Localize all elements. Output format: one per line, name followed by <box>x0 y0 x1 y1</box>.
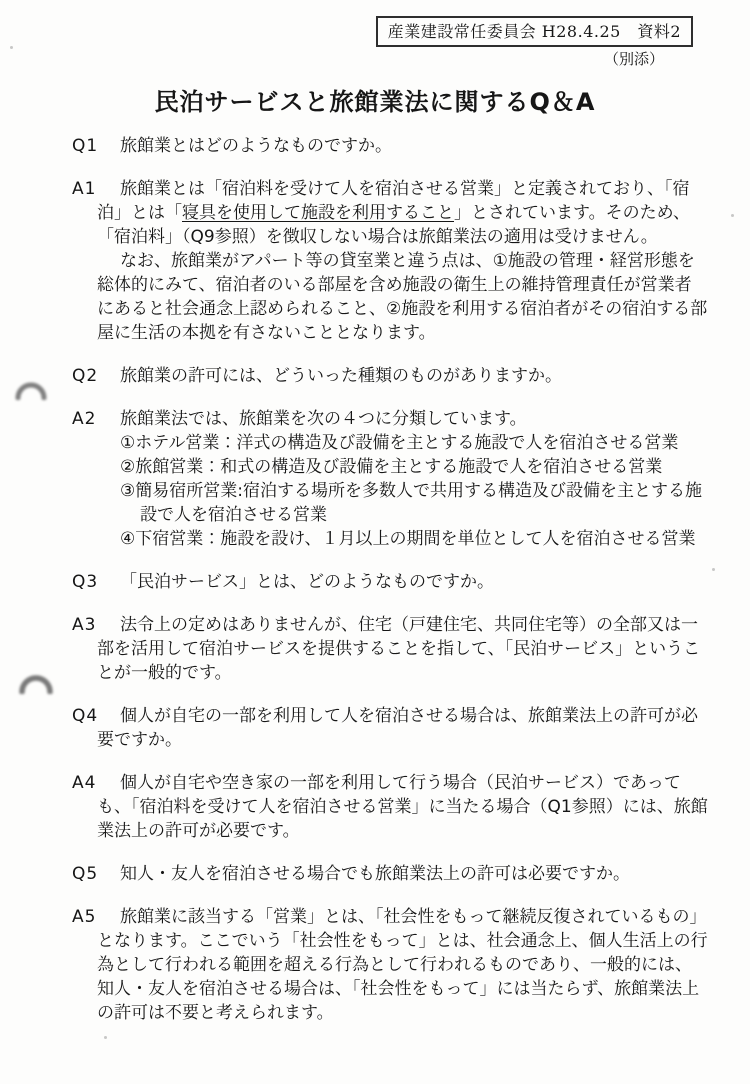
scan-speck <box>731 214 734 217</box>
answer-text-segment: ②旅館営業：和式の構造及び設備を主とする施設で人を宿泊させる営業 <box>120 457 662 477</box>
answer-list-item: ④下宿営業：施設を設け、１月以上の期間を単位として人を宿泊させる営業 <box>120 527 708 551</box>
answer-paragraph: 法令上の定めはありませんが、住宅（戸建住宅、共同住宅等）の全部又は一部を活用して… <box>97 613 708 685</box>
answer-text-segment: 寝具を使用して施設を利用すること <box>182 203 454 223</box>
scan-speck <box>712 568 715 571</box>
scan-speck <box>10 46 13 49</box>
page-title: 民泊サービスと旅館業法に関するQ＆A <box>0 82 750 117</box>
answer-list-item: ③簡易宿所営業:宿泊する場所を多数人で共用する構造及び設備を主とする施設で人を宿… <box>120 479 708 527</box>
answer-text-segment: ①ホテル営業：洋式の構造及び設備を主とする施設で人を宿泊させる営業 <box>120 433 678 453</box>
qa-question-row: Q5知人・友人を宿泊させる場合でも旅館業法上の許可は必要ですか。 <box>72 862 708 886</box>
answer-paragraph: なお、旅館業がアパート等の貸室業と違う点は、①施設の管理・経営形態を総体的にみて… <box>97 249 708 345</box>
qa-answer-row: A2旅館業法では、旅館業を次の４つに分類しています。①ホテル営業：洋式の構造及び… <box>72 407 708 551</box>
question-content: 個人が自宅の一部を利用して人を宿泊させる場合は、旅館業法上の許可が必要ですか。 <box>120 704 708 752</box>
attachment-note: （別添） <box>604 48 664 69</box>
question-text: 知人・友人を宿泊させる場合でも旅館業法上の許可は必要ですか。 <box>97 862 708 886</box>
question-text: 旅館業の許可には、どういった種類のものがありますか。 <box>97 364 708 388</box>
document-page: 産業建設常任委員会 H28.4.25 資料2 （別添） 民泊サービスと旅館業法に… <box>0 0 750 1084</box>
answer-paragraph: 個人が自宅や空き家の一部を利用して行う場合（民泊サービス）であっても、「宿泊料を… <box>97 771 708 843</box>
qa-question-row: Q2旅館業の許可には、どういった種類のものがありますか。 <box>72 364 708 388</box>
qa-list: Q1旅館業とはどのようなものですか。A1旅館業とは「宿泊料を受けて人を宿泊させる… <box>72 134 708 1044</box>
answer-list-item: ②旅館営業：和式の構造及び設備を主とする施設で人を宿泊させる営業 <box>120 455 708 479</box>
qa-answer-row: A5旅館業に該当する「営業」とは、「社会性をもって継続反復されているもの」となり… <box>72 905 708 1025</box>
answer-content: 旅館業法では、旅館業を次の４つに分類しています。①ホテル営業：洋式の構造及び設備… <box>120 407 708 551</box>
answer-text-segment: 個人が自宅や空き家の一部を利用して行う場合（民泊サービス）であっても、「宿泊料を… <box>97 773 708 841</box>
answer-text-segment: 旅館業法では、旅館業を次の４つに分類しています。 <box>120 409 527 429</box>
question-content: 知人・友人を宿泊させる場合でも旅館業法上の許可は必要ですか。 <box>120 862 708 886</box>
answer-paragraph: 旅館業に該当する「営業」とは、「社会性をもって継続反復されているもの」となります… <box>97 905 708 1025</box>
answer-text-segment: 旅館業に該当する「営業」とは、「社会性をもって継続反復されているもの」となります… <box>97 907 708 1023</box>
punch-hole-mark <box>19 674 53 694</box>
question-content: 旅館業とはどのようなものですか。 <box>120 134 708 158</box>
answer-content: 旅館業とは「宿泊料を受けて人を宿泊させる営業」と定義されており、「宿泊」とは「寝… <box>120 177 708 345</box>
committee-stamp-box: 産業建設常任委員会 H28.4.25 資料2 <box>376 16 693 47</box>
question-text: 「民泊サービス」とは、どのようなものですか。 <box>97 570 708 594</box>
question-text: 個人が自宅の一部を利用して人を宿泊させる場合は、旅館業法上の許可が必要ですか。 <box>97 704 708 752</box>
answer-list-item: ①ホテル営業：洋式の構造及び設備を主とする施設で人を宿泊させる営業 <box>120 431 708 455</box>
answer-content: 法令上の定めはありませんが、住宅（戸建住宅、共同住宅等）の全部又は一部を活用して… <box>120 613 708 685</box>
question-text: 旅館業とはどのようなものですか。 <box>97 134 708 158</box>
qa-answer-row: A3法令上の定めはありませんが、住宅（戸建住宅、共同住宅等）の全部又は一部を活用… <box>72 613 708 685</box>
question-content: 旅館業の許可には、どういった種類のものがありますか。 <box>120 364 708 388</box>
answer-text-segment: なお、旅館業がアパート等の貸室業と違う点は、①施設の管理・経営形態を総体的にみて… <box>97 251 707 343</box>
answer-content: 個人が自宅や空き家の一部を利用して行う場合（民泊サービス）であっても、「宿泊料を… <box>120 771 708 843</box>
qa-question-row: Q1旅館業とはどのようなものですか。 <box>72 134 708 158</box>
qa-answer-row: A4個人が自宅や空き家の一部を利用して行う場合（民泊サービス）であっても、「宿泊… <box>72 771 708 843</box>
answer-paragraph: 旅館業法では、旅館業を次の４つに分類しています。 <box>97 407 708 431</box>
question-content: 「民泊サービス」とは、どのようなものですか。 <box>120 570 708 594</box>
answer-text-segment: ④下宿営業：施設を設け、１月以上の期間を単位として人を宿泊させる営業 <box>120 529 696 549</box>
qa-answer-row: A1旅館業とは「宿泊料を受けて人を宿泊させる営業」と定義されており、「宿泊」とは… <box>72 177 708 345</box>
punch-hole-mark <box>15 382 47 400</box>
answer-paragraph: 旅館業とは「宿泊料を受けて人を宿泊させる営業」と定義されており、「宿泊」とは「寝… <box>97 177 708 249</box>
answer-text-segment: ③簡易宿所営業:宿泊する場所を多数人で共用する構造及び設備を主とする施設で人を宿… <box>120 481 702 525</box>
answer-content: 旅館業に該当する「営業」とは、「社会性をもって継続反復されているもの」となります… <box>120 905 708 1025</box>
scan-speck <box>104 1036 107 1039</box>
qa-question-row: Q3「民泊サービス」とは、どのようなものですか。 <box>72 570 708 594</box>
answer-text-segment: 法令上の定めはありませんが、住宅（戸建住宅、共同住宅等）の全部又は一部を活用して… <box>97 615 700 683</box>
qa-question-row: Q4個人が自宅の一部を利用して人を宿泊させる場合は、旅館業法上の許可が必要ですか… <box>72 704 708 752</box>
